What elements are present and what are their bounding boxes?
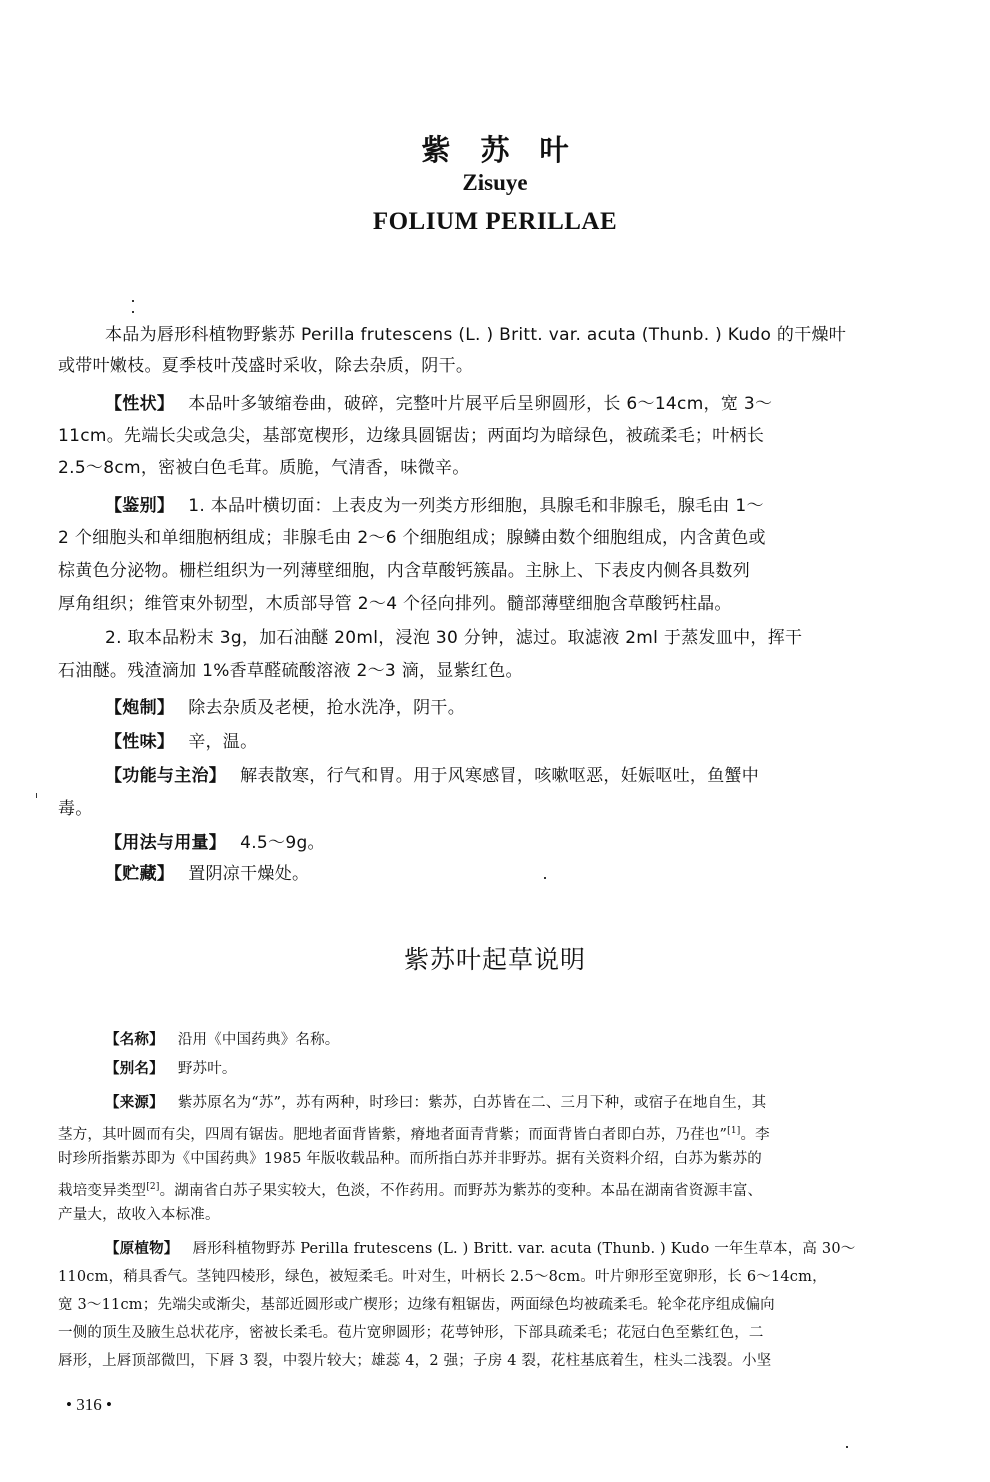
- citation-ref: [2]: [146, 1182, 159, 1192]
- document-page: 紫苏叶 Zisuye FOLIUM PERILLAE 本品为唇形科植物野紫苏 P…: [0, 0, 990, 1482]
- citation-ref: [1]: [727, 1126, 740, 1136]
- section-text: 11cm。先端长尖或急尖，基部宽楔形，边缘具圆锯齿；两面均为暗绿色，被疏柔毛；叶…: [58, 424, 938, 448]
- section-text: 唇形科植物野苏 Perilla frutescens (L. ) Britt. …: [193, 1241, 856, 1257]
- section-description: 【性状】本品叶多皱缩卷曲，破碎，完整叶片展平后呈卵圆形，长 6～14cm，宽 3…: [105, 392, 938, 416]
- section-storage: 【贮藏】置阴凉干燥处。: [105, 862, 938, 886]
- section-label: 【炮制】: [105, 698, 174, 718]
- section-processing: 【炮制】除去杂质及老梗，抢水洗净，阴干。: [105, 696, 938, 720]
- section-property-flavor: 【性味】辛，温。: [105, 730, 938, 754]
- section-label: 【贮藏】: [105, 864, 174, 884]
- section-text: 唇形，上唇顶部微凹，下唇 3 裂，中裂片较大；雄蕊 4，2 强；子房 4 裂，花…: [58, 1350, 938, 1372]
- monograph-title-latin: FOLIUM PERILLAE: [0, 208, 990, 236]
- section-text: 除去杂质及老梗，抢水洗净，阴干。: [188, 698, 465, 718]
- page-number: • 316 •: [66, 1395, 112, 1415]
- section-identification: 【鉴别】1. 本品叶横切面：上表皮为一列类方形细胞，具腺毛和非腺毛，腺毛由 1～: [105, 494, 938, 518]
- intro-line: 或带叶嫩枝。夏季枝叶茂盛时采收，除去杂质，阴干。: [58, 354, 938, 378]
- monograph-title-chinese: 紫苏叶: [0, 128, 990, 169]
- section-text: 110cm，稍具香气。茎钝四棱形，绿色，被短柔毛。叶对生，叶柄长 2.5～8cm…: [58, 1266, 938, 1288]
- drafting-notes-title: 紫苏叶起草说明: [0, 940, 990, 976]
- section-dosage: 【用法与用量】4.5～9g。: [105, 831, 938, 855]
- section-text: 茎方，其叶圆而有尖，四周有锯齿。肥地者面背皆紫，瘠地者面青背紫；而面背皆白者即白…: [58, 1120, 938, 1146]
- section-text: 产量大，故收入本标准。: [58, 1204, 938, 1226]
- section-text: 解表散寒，行气和胃。用于风寒感冒，咳嗽呕恶，妊娠呕吐，鱼蟹中: [240, 766, 759, 786]
- section-text: 紫苏原名为“苏”，苏有两种，时珍曰：紫苏，白苏皆在二、三月下种，或宿子在地自生，…: [178, 1095, 767, 1111]
- section-label: 【鉴别】: [105, 496, 174, 516]
- section-text: 沿用《中国药典》名称。: [178, 1032, 340, 1048]
- section-label: 【别名】: [105, 1061, 164, 1077]
- section-text: 2 个细胞头和单细胞柄组成；非腺毛由 2～6 个细胞组成；腺鳞由数个细胞组成，内…: [58, 526, 938, 550]
- section-label: 【名称】: [105, 1032, 164, 1048]
- section-text: 宽 3～11cm；先端尖或渐尖，基部近圆形或广楔形；边缘有粗锯齿，两面绿色均被疏…: [58, 1294, 938, 1316]
- section-text: 栽培变异类型[2]。湖南省白苏子果实较大，色淡，不作药用。而野苏为紫苏的变种。本…: [58, 1176, 938, 1202]
- scan-artifact: [36, 793, 37, 798]
- monograph-title-pinyin: Zisuye: [0, 170, 990, 196]
- section-text: 野苏叶。: [178, 1061, 237, 1077]
- section-text: 一侧的顶生及腋生总状花序，密被长柔毛。苞片宽卵圆形；花萼钟形，下部具疏柔毛；花冠…: [58, 1322, 938, 1344]
- section-text: 置阴凉干燥处。: [188, 864, 309, 884]
- scan-artifact: [544, 877, 546, 879]
- section-text: 毒。: [58, 797, 938, 821]
- section-actions-indications: 【功能与主治】解表散寒，行气和胃。用于风寒感冒，咳嗽呕恶，妊娠呕吐，鱼蟹中: [105, 764, 938, 788]
- notes-section-name: 【名称】沿用《中国药典》名称。: [105, 1029, 938, 1051]
- scan-artifact: [846, 1446, 848, 1448]
- section-text: 辛，温。: [188, 732, 257, 752]
- notes-section-original-plant: 【原植物】唇形科植物野苏 Perilla frutescens (L. ) Br…: [105, 1238, 938, 1260]
- section-text: 本品叶多皱缩卷曲，破碎，完整叶片展平后呈卵圆形，长 6～14cm，宽 3～: [188, 394, 772, 414]
- section-text: 2. 取本品粉末 3g，加石油醚 20ml，浸泡 30 分钟，滤过。取滤液 2m…: [105, 626, 938, 650]
- section-text: 2.5～8cm，密被白色毛茸。质脆，气清香，味微辛。: [58, 456, 938, 480]
- scan-artifact: [132, 311, 134, 313]
- section-label: 【原植物】: [105, 1241, 179, 1257]
- notes-section-source: 【来源】紫苏原名为“苏”，苏有两种，时珍曰：紫苏，白苏皆在二、三月下种，或宿子在…: [105, 1092, 938, 1114]
- intro-line: 本品为唇形科植物野紫苏 Perilla frutescens (L. ) Bri…: [105, 323, 938, 347]
- section-label: 【功能与主治】: [105, 766, 226, 786]
- section-text: 1. 本品叶横切面：上表皮为一列类方形细胞，具腺毛和非腺毛，腺毛由 1～: [188, 496, 764, 516]
- section-label: 【性味】: [105, 732, 174, 752]
- scan-artifact: [132, 300, 134, 302]
- section-text: 4.5～9g。: [240, 833, 325, 853]
- section-label: 【用法与用量】: [105, 833, 226, 853]
- section-label: 【性状】: [105, 394, 174, 414]
- notes-section-alias: 【别名】野苏叶。: [105, 1058, 938, 1080]
- section-text: 厚角组织；维管束外韧型，木质部导管 2～4 个径向排列。髓部薄壁细胞含草酸钙柱晶…: [58, 592, 938, 616]
- section-text: 棕黄色分泌物。栅栏组织为一列薄壁细胞，内含草酸钙簇晶。主脉上、下表皮内侧各具数列: [58, 559, 938, 583]
- section-text: 石油醚。残渣滴加 1%香草醛硫酸溶液 2～3 滴，显紫红色。: [58, 659, 938, 683]
- section-label: 【来源】: [105, 1095, 164, 1111]
- section-text: 时珍所指紫苏即为《中国药典》1985 年版收载品种。而所指白苏并非野苏。据有关资…: [58, 1148, 938, 1170]
